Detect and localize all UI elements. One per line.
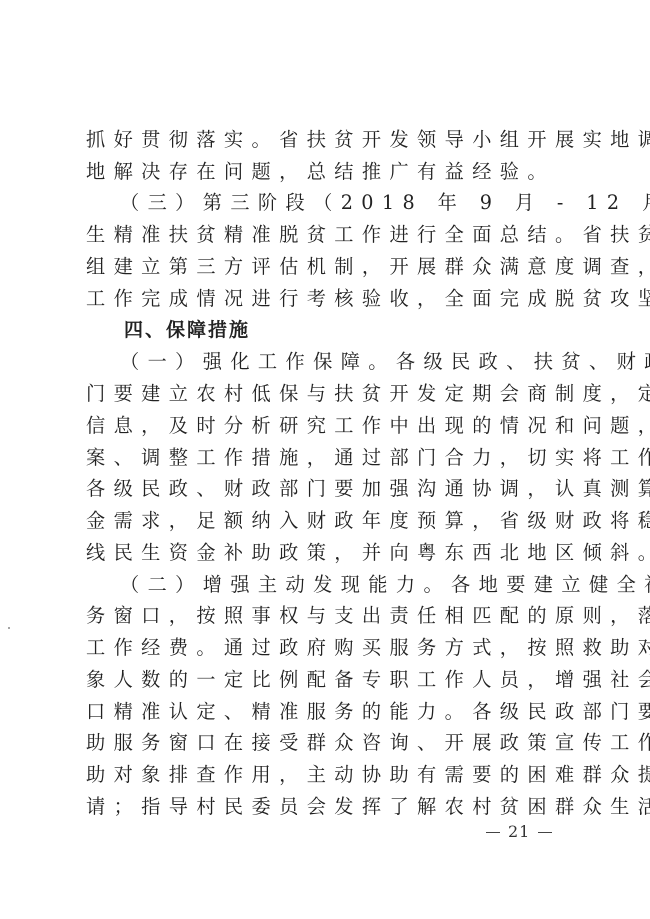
document-page: 抓好贯彻落实。省扶贫开发领导小组开展实地调研，指导各 地解决存在问题，总结推广有… xyxy=(0,0,650,919)
scan-speck xyxy=(8,627,10,629)
text-line: 口精准认定、精准服务的能力。各级民政部门要指导社会救 xyxy=(86,700,566,724)
text-line-section-3: （三）第三阶段（2018 年 9 月 - 12 月）。各地对底线民 xyxy=(120,191,566,215)
text-line-subsection-1: （一）强化工作保障。各级民政、扶贫、财政、统计部 xyxy=(120,350,566,374)
text-line: 抓好贯彻落实。省扶贫开发领导小组开展实地调研，指导各 xyxy=(86,128,566,152)
text-line: 务窗口，按照事权与支出责任相匹配的原则，落实社会救助 xyxy=(86,604,566,628)
page-number: 21 xyxy=(478,822,560,841)
text-line: 生精准扶贫精准脱贫工作进行全面总结。省扶贫开发领导小 xyxy=(86,223,566,247)
dash-left xyxy=(486,832,500,833)
text-line: 门要建立农村低保与扶贫开发定期会商制度，定期交流工作 xyxy=(86,382,566,406)
text-line: 案、调整工作措施，通过部门合力，切实将工作落到实处。 xyxy=(86,446,566,470)
text-line: 工作完成情况进行考核验收，全面完成脱贫攻坚任务。 xyxy=(86,287,566,311)
text-line-subsection-2: （二）增强主动发现能力。各地要建立健全社会救助服 xyxy=(120,573,566,597)
text-line: 象人数的一定比例配备专职工作人员，增强社会救助服务窗 xyxy=(86,668,566,692)
text-line: 线民生资金补助政策，并向粤东西北地区倾斜。 xyxy=(86,541,566,565)
text-line: 各级民政、财政部门要加强沟通协调，认真测算农村低保资 xyxy=(86,477,566,501)
text-line: 地解决存在问题，总结推广有益经验。 xyxy=(86,160,566,184)
text-line: 助服务窗口在接受群众咨询、开展政策宣传工作时，发挥救 xyxy=(86,731,566,755)
text-line: 组建立第三方评估机制，开展群众满意度调查，组织对各地 xyxy=(86,255,566,279)
text-line: 金需求，足额纳入财政年度预算，省级财政将稳定现有的底 xyxy=(86,509,566,533)
text-line: 助对象排查作用，主动协助有需要的困难群众提出救助申 xyxy=(86,763,566,787)
dash-right xyxy=(538,832,552,833)
page-number-value: 21 xyxy=(508,822,530,841)
text-line: 请；指导村民委员会发挥了解农村贫困群众生活状况和救助 xyxy=(86,795,566,819)
text-line: 工作经费。通过政府购买服务方式，按照救助对象、扶贫对 xyxy=(86,636,566,660)
text-line: 信息，及时分析研究工作中出现的情况和问题，讨论解决方 xyxy=(86,414,566,438)
section-heading: 四、保障措施 xyxy=(124,318,250,342)
